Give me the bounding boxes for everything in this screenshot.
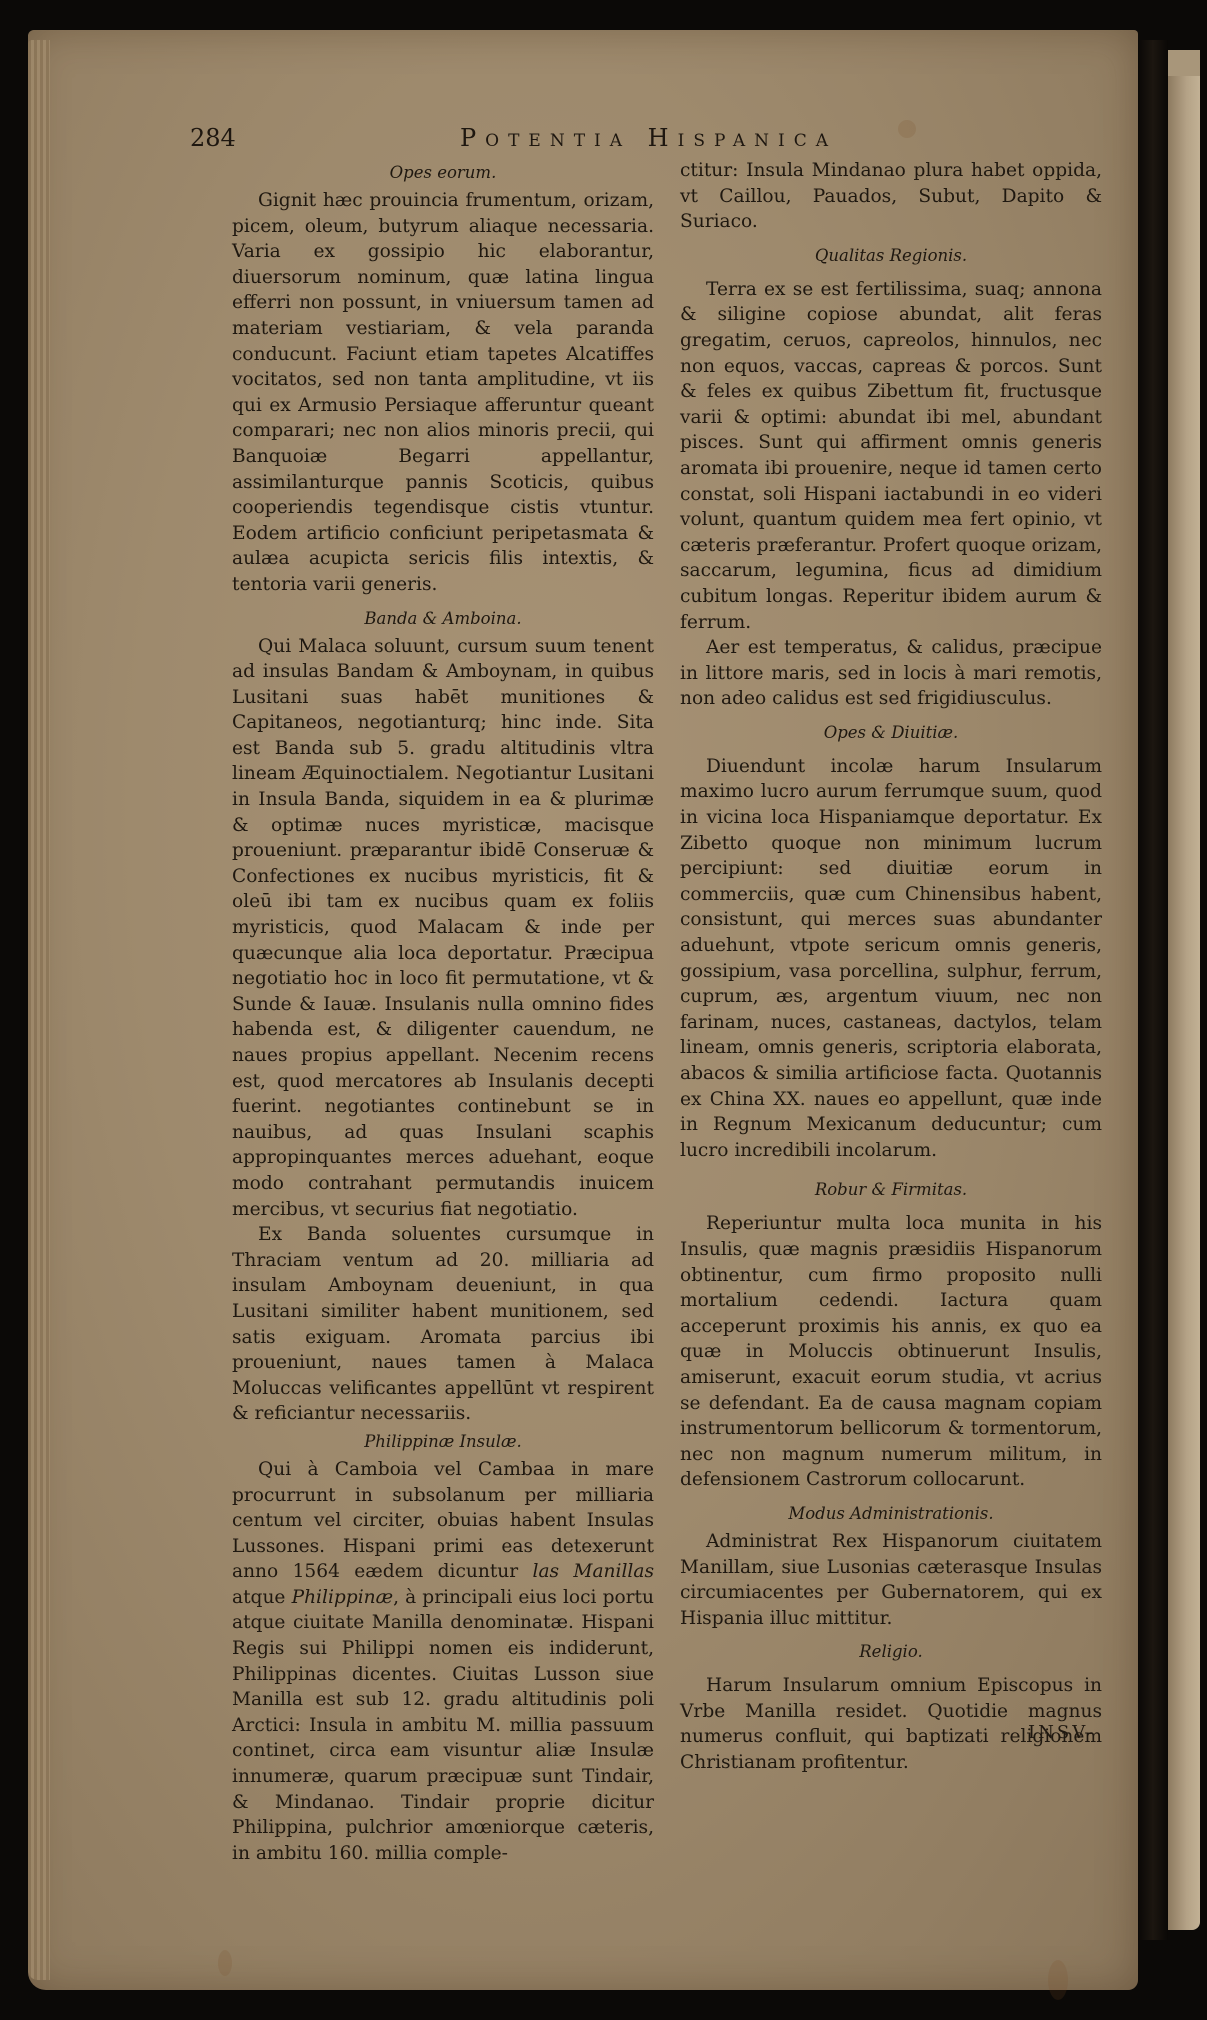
left-column: Opes eorum. Gignit hæc prouincia frument… xyxy=(232,158,654,1866)
section-heading: Opes eorum. xyxy=(232,160,654,185)
paragraph: Ex Banda soluentes cursumque in Thraciam… xyxy=(232,1222,654,1427)
paragraph: Aer est temperatus, & calidus, præcipue … xyxy=(680,635,1102,712)
paper-stain xyxy=(218,1950,232,1976)
paragraph: Qui à Camboia vel Cambaa in mare procurr… xyxy=(232,1457,654,1867)
italic-term: Philippinæ xyxy=(292,1587,394,1608)
paragraph: Gignit hæc prouincia frumentum, orizam, … xyxy=(232,188,654,598)
paragraph: Diuendunt incolæ harum Insularum maximo … xyxy=(680,754,1102,1164)
continuation-text: ctitur: Insula Mindanao plura habet oppi… xyxy=(680,158,1102,235)
paragraph: Reperiuntur multa loca munita in his Ins… xyxy=(680,1211,1102,1493)
facing-page-top xyxy=(1168,50,1200,76)
paragraph-text: atque xyxy=(232,1587,292,1608)
page-header: 284 Potentia Hispanica xyxy=(190,124,910,154)
catchword: INSV- xyxy=(1028,1722,1096,1743)
section-heading: Religio. xyxy=(680,1639,1102,1664)
paragraph: Administrat Rex Hispanorum ciuitatem Man… xyxy=(680,1529,1102,1631)
section-heading: Opes & Diuitiæ. xyxy=(680,720,1102,745)
paragraph-text: , à principali eius loci portu atque ciu… xyxy=(232,1587,654,1864)
section-heading: Philippinæ Insulæ. xyxy=(232,1429,654,1454)
paragraph: Qui Malaca soluunt, cursum suum tenent a… xyxy=(232,634,654,1223)
right-column: ctitur: Insula Mindanao plura habet oppi… xyxy=(680,158,1102,1776)
running-title: Potentia Hispanica xyxy=(460,124,837,152)
book-gutter xyxy=(1138,40,1168,1940)
section-heading: Modus Administrationis. xyxy=(680,1501,1102,1526)
page-number: 284 xyxy=(190,124,236,152)
facing-page-edge xyxy=(1168,50,1200,1930)
italic-term: las Manillas xyxy=(533,1561,655,1582)
section-heading: Robur & Firmitas. xyxy=(680,1177,1102,1202)
section-heading: Banda & Amboina. xyxy=(232,606,654,631)
paragraph: Terra ex se est fertilissima, suaq; anno… xyxy=(680,277,1102,635)
section-heading: Qualitas Regionis. xyxy=(680,243,1102,268)
paper-stain xyxy=(1048,1960,1068,2000)
page-stack-edge xyxy=(28,40,50,1980)
